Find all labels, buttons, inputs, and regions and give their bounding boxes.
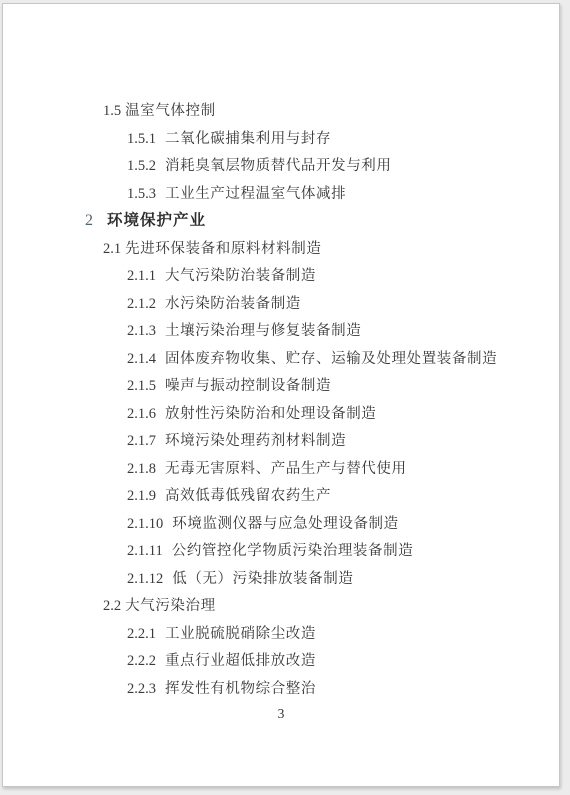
outline-item-text: 放射性污染防治和处理设备制造 bbox=[165, 406, 376, 422]
outline-item-text: 工业生产过程温室气体减排 bbox=[165, 186, 346, 202]
outline-item: 2.1.12低（无）污染排放装备制造 bbox=[127, 565, 559, 593]
outline-item: 2.1.9高效低毒低残留农药生产 bbox=[127, 482, 559, 510]
outline-item: 1.5.1二氧化碳捕集利用与封存 bbox=[127, 125, 559, 153]
outline-item-number: 2.1.1 bbox=[127, 268, 156, 284]
outline-item-number: 1.5.2 bbox=[127, 158, 156, 174]
outline-item-number: 2.1.7 bbox=[127, 433, 156, 449]
outline-item: 2.1.7环境污染处理药剂材料制造 bbox=[127, 427, 559, 455]
outline-item-text: 大气污染防治装备制造 bbox=[165, 268, 316, 284]
outline-item: 2.1.11公约管控化学物质污染治理装备制造 bbox=[127, 537, 559, 565]
outline-item-number: 2 bbox=[85, 212, 93, 229]
outline-item-number: 2.1.6 bbox=[127, 406, 156, 422]
outline-item-number: 1.5 bbox=[103, 103, 121, 119]
outline-item-number: 2.1.2 bbox=[127, 296, 156, 312]
outline-item-text: 消耗臭氧层物质替代品开发与利用 bbox=[165, 158, 392, 174]
outline-item: 2.2.1工业脱硫脱硝除尘改造 bbox=[127, 620, 559, 648]
outline-item-number: 2.2.3 bbox=[127, 681, 156, 697]
outline-item-text: 环境监测仪器与应急处理设备制造 bbox=[172, 516, 399, 532]
outline-item-text: 高效低毒低残留农药生产 bbox=[165, 488, 331, 504]
outline-item-number: 1.5.1 bbox=[127, 131, 156, 147]
outline-item: 2.1.6放射性污染防治和处理设备制造 bbox=[127, 400, 559, 428]
viewer-canvas: { "outline": { "items": [ { "num": "1.5"… bbox=[0, 0, 570, 795]
outline-item: 1.5.2消耗臭氧层物质替代品开发与利用 bbox=[127, 152, 559, 180]
outline-item-text: 重点行业超低排放改造 bbox=[165, 653, 316, 669]
outline-item: 2.1.1大气污染防治装备制造 bbox=[127, 262, 559, 290]
outline-item: 2.1.10环境监测仪器与应急处理设备制造 bbox=[127, 510, 559, 538]
outline-item-number: 2.1 bbox=[103, 241, 121, 257]
document-page: 1.5温室气体控制 1.5.1二氧化碳捕集利用与封存 1.5.2消耗臭氧层物质替… bbox=[2, 3, 560, 787]
outline-item: 1.5温室气体控制 bbox=[103, 97, 559, 125]
outline-item: 2.2.3挥发性有机物综合整治 bbox=[127, 675, 559, 703]
outline-item: 2.1.2水污染防治装备制造 bbox=[127, 290, 559, 318]
outline-item-number: 2.1.4 bbox=[127, 351, 156, 367]
outline-item-text: 环境污染处理药剂材料制造 bbox=[165, 433, 346, 449]
outline-item-number: 2.1.10 bbox=[127, 516, 163, 532]
outline-item-text: 大气污染治理 bbox=[125, 598, 216, 614]
outline-item-text: 环境保护产业 bbox=[107, 212, 206, 229]
outline-item: 2.2.2重点行业超低排放改造 bbox=[127, 647, 559, 675]
outline-item-text: 公约管控化学物质污染治理装备制造 bbox=[172, 543, 414, 559]
page-number: 3 bbox=[3, 704, 559, 724]
outline-item-number: 2.1.9 bbox=[127, 488, 156, 504]
outline-item: 2.1.3土壤污染治理与修复装备制造 bbox=[127, 317, 559, 345]
outline-item-number: 2.2.2 bbox=[127, 653, 156, 669]
outline-item-text: 工业脱硫脱硝除尘改造 bbox=[165, 626, 316, 642]
outline-item-text: 噪声与振动控制设备制造 bbox=[165, 378, 331, 394]
outline-item-number: 1.5.3 bbox=[127, 186, 156, 202]
outline-item-text: 固体废弃物收集、贮存、运输及处理处置装备制造 bbox=[165, 351, 497, 367]
outline-item-text: 土壤污染治理与修复装备制造 bbox=[165, 323, 361, 339]
outline-item: 2.1.4固体废弃物收集、贮存、运输及处理处置装备制造 bbox=[127, 345, 559, 373]
outline-item-number: 2.2.1 bbox=[127, 626, 156, 642]
outline-item-number: 2.1.3 bbox=[127, 323, 156, 339]
outline-item-text: 温室气体控制 bbox=[125, 103, 216, 119]
outline-item-text: 无毒无害原料、产品生产与替代使用 bbox=[165, 461, 407, 477]
outline-item-text: 低（无）污染排放装备制造 bbox=[172, 571, 353, 587]
outline-item-text: 二氧化碳捕集利用与封存 bbox=[165, 131, 331, 147]
outline-item-text: 挥发性有机物综合整治 bbox=[165, 681, 316, 697]
outline-item-text: 水污染防治装备制造 bbox=[165, 296, 301, 312]
outline-item-number: 2.1.11 bbox=[127, 543, 163, 559]
outline-item-text: 先进环保装备和原料材料制造 bbox=[125, 241, 321, 257]
outline-item-number: 2.2 bbox=[103, 598, 121, 614]
outline-item-number: 2.1.12 bbox=[127, 571, 163, 587]
outline-item-number: 2.1.5 bbox=[127, 378, 156, 394]
outline-list: 1.5温室气体控制 1.5.1二氧化碳捕集利用与封存 1.5.2消耗臭氧层物质替… bbox=[3, 4, 559, 702]
outline-item: 2.1.8无毒无害原料、产品生产与替代使用 bbox=[127, 455, 559, 483]
outline-item-number: 2.1.8 bbox=[127, 461, 156, 477]
outline-item: 2.1.5噪声与振动控制设备制造 bbox=[127, 372, 559, 400]
outline-item: 2.1先进环保装备和原料材料制造 bbox=[103, 235, 559, 263]
outline-item: 2环境保护产业 bbox=[85, 207, 559, 235]
outline-item: 2.2大气污染治理 bbox=[103, 592, 559, 620]
outline-item: 1.5.3工业生产过程温室气体减排 bbox=[127, 180, 559, 208]
